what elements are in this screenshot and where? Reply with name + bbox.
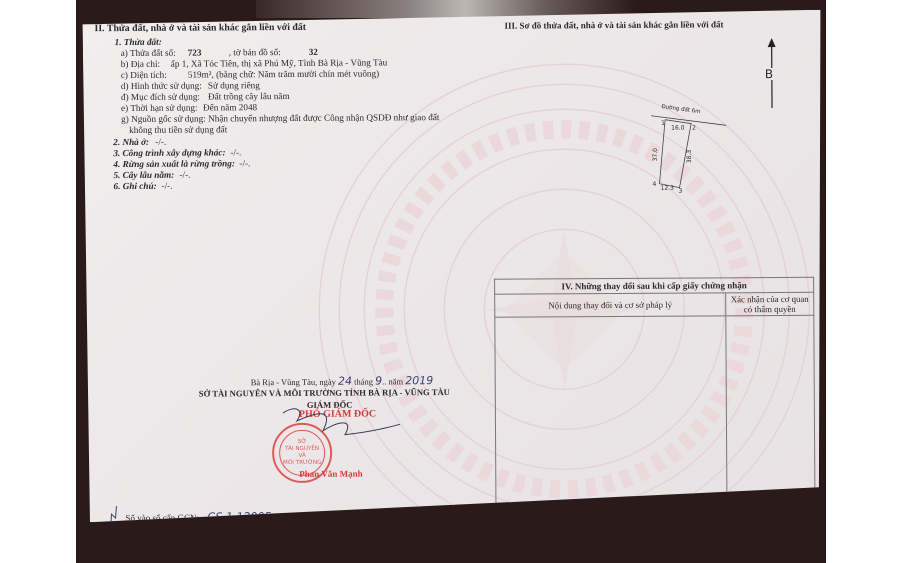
usage-purpose-label: đ) Mục đích sử dụng:	[121, 93, 200, 103]
perennial-trees-value: -/-.	[179, 171, 190, 180]
issue-place-prefix: Bà Rịa - Vũng Tàu, ngày	[251, 377, 336, 388]
land-use-certificate-page: II. Thửa đất, nhà ở và tài sản khác gắn …	[82, 10, 823, 522]
planted-forest-value: -/-.	[239, 159, 250, 168]
section-3-title: III. Sơ đồ thửa đất, nhà ở và tài sản kh…	[505, 20, 724, 30]
parcel-sketch: Đường đất 6m 1 2 3 4 16.0 37.0 38.3 12.3	[631, 103, 732, 194]
certificate-photo: II. Thửa đất, nhà ở và tài sản khác gắn …	[76, 0, 826, 563]
usage-form-label: d) Hình thức sử dụng:	[121, 82, 202, 92]
house-value: -/-.	[155, 138, 166, 147]
notes-label: 6. Ghi chú:	[113, 182, 156, 191]
confirmation-column-header: Xác nhận của cơ quan có thẩm quyền	[726, 292, 814, 316]
issue-day: 24	[338, 375, 352, 388]
usage-term-label: e) Thời hạn sử dụng:	[121, 104, 198, 114]
point-1: 1	[661, 121, 665, 127]
confirmation-header-line2: có thẩm quyền	[726, 304, 813, 315]
edge-top-length: 16.0	[671, 126, 684, 132]
stamp-line-3: VÀ	[274, 453, 330, 460]
initial-mark	[107, 504, 119, 530]
section-2-title: II. Thửa đất, nhà ở và tài sản khác gắn …	[95, 23, 307, 34]
signer-name: Phan Văn Mạnh	[299, 470, 362, 479]
year-label: năm	[388, 376, 403, 386]
usage-origin-value-line1: Nhận chuyển nhượng đất được Công nhận QS…	[208, 113, 439, 124]
map-sheet-label: , tờ bản đồ số:	[229, 48, 281, 58]
north-label: B	[765, 68, 773, 80]
edge-bottom-length: 12.3	[661, 186, 674, 192]
confirmation-header-line1: Xác nhận của cơ quan	[726, 294, 813, 305]
area-label: c) Diện tích:	[121, 71, 167, 80]
issue-year: 2019	[405, 374, 433, 387]
perennial-trees-label: 5. Cây lâu năm:	[113, 171, 174, 181]
map-sheet-value: 32	[309, 48, 318, 57]
stamp-line-4: MÔI TRƯỜNG	[274, 460, 330, 467]
changes-content-cell	[495, 316, 727, 517]
edge-left-length: 37.0	[653, 148, 659, 161]
north-arrow: B	[766, 38, 778, 108]
point-4: 4	[652, 182, 656, 188]
usage-origin-label: g) Nguồn gốc sử dụng:	[121, 115, 206, 125]
issue-month: 9	[375, 374, 382, 387]
usage-purpose-value: Đất trồng cây lâu năm	[208, 92, 290, 102]
usage-form-value: Sử dụng riêng	[208, 81, 260, 91]
registry-label: Số vào sổ cấp GCN:	[126, 514, 200, 523]
point-3: 3	[679, 189, 683, 195]
changes-column-header: Nội dung thay đổi và cơ sở pháp lý	[495, 293, 726, 317]
area-value: 519m², (bằng chữ: Năm trăm mười chín mét…	[188, 69, 379, 79]
handwritten-signature	[275, 402, 405, 453]
issue-date-line: Bà Rịa - Vũng Tàu, ngày 24 tháng 9.. năm…	[251, 375, 434, 387]
changes-table: IV. Những thay đổi sau khi cấp giấy chứn…	[494, 277, 815, 518]
parcel-number-label: a) Thửa đất số:	[121, 49, 176, 59]
address-label: b) Địa chỉ:	[121, 60, 160, 69]
edge-right-length: 38.3	[687, 150, 693, 163]
registry-number: CS.1.12005	[207, 511, 271, 522]
planted-forest-label: 4. Rừng sản xuất là rừng trồng:	[113, 159, 235, 169]
parcel-number-value: 723	[188, 49, 202, 58]
usage-term-value: Đến năm 2048	[203, 103, 257, 113]
point-2: 2	[692, 126, 696, 132]
issuing-agency: SỞ TÀI NGUYÊN VÀ MÔI TRƯỜNG TỈNH BÀ RỊA …	[199, 388, 450, 398]
parcel-heading: 1. Thửa đất:	[115, 38, 162, 47]
notes-value: -/-.	[161, 182, 172, 191]
parcel-sketch-drawing	[631, 103, 732, 194]
other-works-label: 3. Công trình xây dựng khác:	[113, 148, 225, 158]
address-value: ấp 1, Xã Tóc Tiên, thị xã Phú Mỹ, Tỉnh B…	[171, 58, 388, 69]
confirmation-content-cell	[726, 315, 815, 516]
usage-origin-value-line2: không thu tiền sử dụng đất	[129, 125, 227, 135]
month-label: tháng	[354, 376, 373, 386]
house-label: 2. Nhà ở:	[113, 138, 149, 147]
other-works-value: -/-.	[230, 148, 241, 157]
